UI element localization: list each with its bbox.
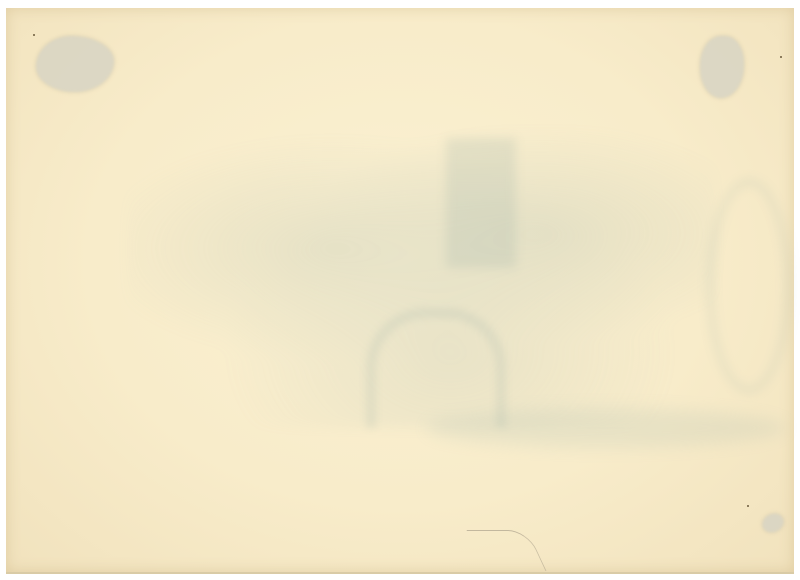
paper-card-verso [6,8,794,574]
speck [780,56,782,58]
speck [747,505,749,507]
speck [33,34,35,36]
showthrough-arch [366,308,506,428]
showthrough-wheel [706,178,792,394]
showthrough-ground [426,408,786,448]
showthrough-tower [446,138,516,268]
